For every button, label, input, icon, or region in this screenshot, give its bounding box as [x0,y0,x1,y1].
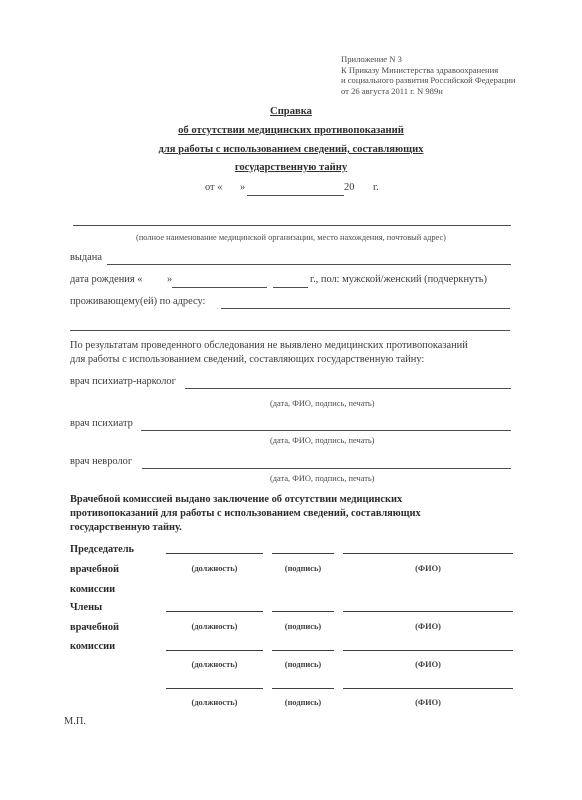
member-2-signature-field[interactable] [272,650,334,651]
chairman-label: врачебной [70,564,119,575]
chairman-label: Председатель [70,544,134,555]
date-close: » [240,182,245,193]
chairman-name-field[interactable] [343,553,513,554]
birth-year-field[interactable] [273,287,308,288]
document-title: Справка [0,106,582,117]
signature-caption: (подпись) [272,698,334,707]
chairman-position-field[interactable] [166,553,263,554]
birth-day-month-field[interactable] [172,287,267,288]
members-label: Члены [70,602,102,613]
annex-header: Приложение N 3 К Приказу Министерства зд… [341,54,516,97]
doctor-neurologist-caption: (дата, ФИО, подпись, печать) [270,474,374,483]
birth-close: » [167,274,172,285]
position-caption: (должность) [166,698,263,707]
annex-line: и социального развития Российской Федера… [341,75,516,86]
name-caption: (ФИО) [343,622,513,631]
doctor-narcologist-field[interactable] [185,388,511,389]
stamp-placeholder: М.П. [64,716,86,727]
chairman-label: комиссии [70,584,115,595]
member-1-signature-field[interactable] [272,611,334,612]
document-subtitle: государственную тайну [0,162,582,173]
member-1-name-field[interactable] [343,611,513,612]
commission-conclusion: Врачебной комиссией выдано заключение об… [70,494,402,505]
results-text: По результатам проведенного обследования… [70,340,468,351]
member-1-position-field[interactable] [166,611,263,612]
issued-field[interactable] [107,264,511,265]
results-text: для работы с использованием сведений, со… [70,354,424,365]
doctor-psychiatrist-label: врач психиатр [70,418,133,429]
date-suffix: г. [373,182,379,193]
chairman-signature-field[interactable] [272,553,334,554]
doctor-neurologist-label: врач невролог [70,456,132,467]
organization-caption: (полное наименование медицинской организ… [0,233,582,242]
member-2-position-field[interactable] [166,650,263,651]
member-3-position-field[interactable] [166,688,263,689]
member-2-name-field[interactable] [343,650,513,651]
address-field[interactable] [221,308,510,309]
birth-label: дата рождения « [70,274,142,285]
signature-caption: (подпись) [272,622,334,631]
organization-field[interactable] [73,225,511,226]
position-caption: (должность) [166,660,263,669]
annex-line: Приложение N 3 [341,54,516,65]
address-label: проживающему(ей) по адресу: [70,296,205,307]
document-subtitle: для работы с использованием сведений, со… [0,144,582,155]
date-prefix: от « [205,182,222,193]
issued-label: выдана [70,252,102,263]
commission-conclusion: противопоказаний для работы с использова… [70,508,421,519]
doctor-narcologist-label: врач психиатр-нарколог [70,376,176,387]
signature-caption: (подпись) [272,660,334,669]
address-field-continued[interactable] [70,330,510,331]
commission-conclusion: государственную тайну. [70,522,182,533]
doctor-psychiatrist-caption: (дата, ФИО, подпись, печать) [270,436,374,445]
members-label: комиссии [70,641,115,652]
member-3-signature-field[interactable] [272,688,334,689]
document-subtitle: об отсутствии медицинских противопоказан… [0,125,582,136]
doctor-psychiatrist-field[interactable] [141,430,511,431]
position-caption: (должность) [166,564,263,573]
doctor-neurologist-field[interactable] [142,468,511,469]
name-caption: (ФИО) [343,564,513,573]
position-caption: (должность) [166,622,263,631]
date-year: 20 [344,182,354,193]
birth-suffix: г., пол: мужской/женский (подчеркнуть) [310,274,487,285]
annex-line: от 26 августа 2011 г. N 989н [341,86,516,97]
signature-caption: (подпись) [272,564,334,573]
name-caption: (ФИО) [343,660,513,669]
date-field[interactable] [247,195,344,196]
annex-line: К Приказу Министерства здравоохранения [341,65,516,76]
name-caption: (ФИО) [343,698,513,707]
members-label: врачебной [70,622,119,633]
member-3-name-field[interactable] [343,688,513,689]
doctor-narcologist-caption: (дата, ФИО, подпись, печать) [270,399,374,408]
